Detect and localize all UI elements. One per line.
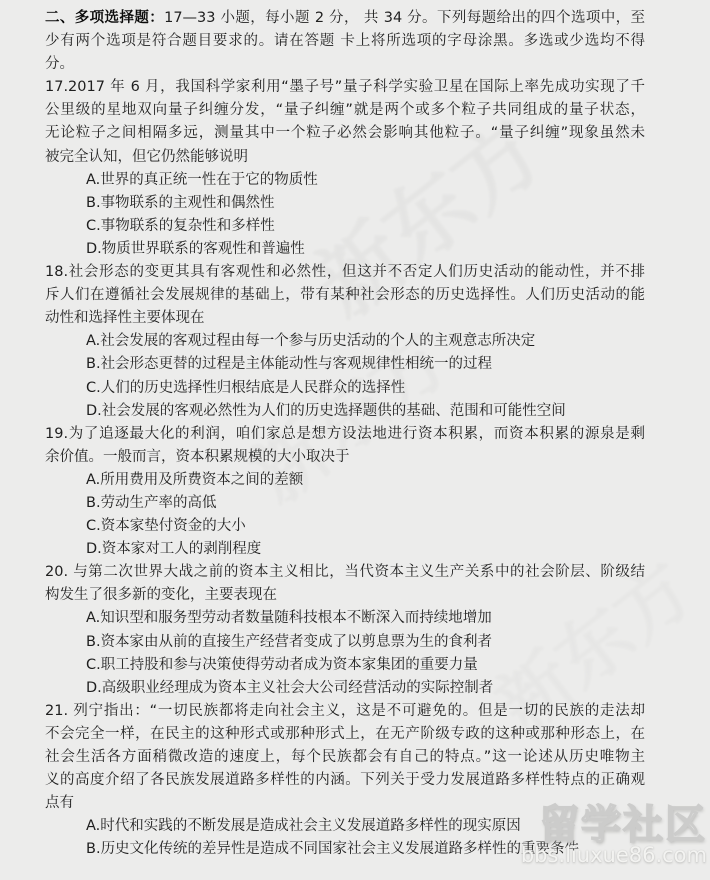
option-text: 事物联系的主观性和偶然性 — [101, 195, 275, 211]
option-text: 资本家对工人的剥削程度 — [102, 541, 262, 557]
question-20-option-A: A.知识型和服务型劳动者数量随科技根本不断深入而持续地增加 — [45, 607, 645, 630]
question-20-stem-line-2: 构发生了很多新的变化，主要表现在 — [45, 584, 645, 607]
option-letter: D. — [86, 241, 102, 257]
question-21-stem-line-2: 不会完全一样，在民主的这种形式或那种形式上，在无产阶级专政的这种或那种形态上，在 — [45, 723, 645, 746]
option-text: 历史文化传统的差异性是造成不同国家社会主义发展道路多样性的重要条件 — [101, 841, 580, 857]
question-20-option-B: B.资本家由从前的直接生产经营者变成了以剪息票为生的食利者 — [45, 631, 645, 654]
question-17-option-C: C.事物联系的复杂性和多样性 — [45, 215, 645, 238]
option-letter: B. — [86, 195, 101, 211]
option-letter: C. — [86, 380, 101, 396]
section-instructions-part: 17—33 小题，每小题 2 分， 共 34 分。下列每题给出的四个选项中，至 — [164, 10, 645, 26]
option-text: 物质世界联系的客观性和普遍性 — [102, 241, 305, 257]
option-letter: D. — [86, 403, 102, 419]
option-letter: B. — [86, 841, 101, 857]
section-title: 二、多项选择题： — [45, 10, 164, 26]
question-18-stem-line-2: 斥人们在遵循社会发展规律的基础上，带有某种社会形态的历史选择性。人们历史活动的能 — [45, 284, 645, 307]
question-20-stem-line-1: 20. 与第二次世界大战之前的资本主义相比，当代资本主义生产关系中的社会阶层、阶… — [45, 561, 645, 584]
section-header-line-2: 少有两个选项是符合题目要求的。请在答题 卡上将所选项的字母涂黑。多选或少选均不得 — [45, 30, 645, 53]
exam-text-column: 二、多项选择题：17—33 小题，每小题 2 分， 共 34 分。下列每题给出的… — [45, 7, 665, 861]
option-text: 人们的历史选择性归根结底是人民群众的选择性 — [101, 380, 406, 396]
question-19-option-C: C.资本家垫付资金的大小 — [45, 515, 645, 538]
question-18-option-D: D.社会发展的客观必然性为人们的历史选择题供的基础、范围和可能性空间 — [45, 400, 645, 423]
option-letter: C. — [86, 218, 101, 234]
question-19-option-B: B.劳动生产率的高低 — [45, 492, 645, 515]
option-text: 世界的真正统一性在于它的物质性 — [100, 172, 318, 188]
question-17-option-B: B.事物联系的主观性和偶然性 — [45, 192, 645, 215]
question-21-option-B: B.历史文化传统的差异性是造成不同国家社会主义发展道路多样性的重要条件 — [45, 838, 645, 861]
option-letter: B. — [86, 495, 101, 511]
question-19-option-A: A.所用费用及所费资本之间的差额 — [45, 469, 645, 492]
question-17-stem-line-2: 公里级的星地双向量子纠缠分发，“量子纠缠”就是两个或多个粒子共同组成的量子状态， — [45, 99, 645, 122]
exam-page: 新东方 新东方 新东方 二、多项选择题：17—33 小题，每小题 2 分， 共 … — [0, 0, 710, 880]
question-20-option-C: C.职工持股和参与决策使得劳动者成为资本家集团的重要力量 — [45, 654, 645, 677]
question-21-option-A: A.时代和实践的不断发展是造成社会主义发展道路多样性的现实原因 — [45, 815, 645, 838]
question-19-stem-line-2: 余价值。一般而言，资本积累规模的大小取决于 — [45, 446, 645, 469]
option-text: 资本家垫付资金的大小 — [101, 518, 246, 534]
option-text: 社会发展的客观过程由每一个参与历史活动的个人的主观意志所决定 — [100, 333, 535, 349]
question-17-option-D: D.物质世界联系的客观性和普遍性 — [45, 238, 645, 261]
option-letter: A. — [86, 610, 100, 626]
option-letter: D. — [86, 680, 102, 696]
question-17-stem-line-3: 无论粒子之间相隔多远，测量其中一个粒子必然会影响其他粒子。“量子纠缠”现象虽然未 — [45, 122, 645, 145]
option-letter: B. — [86, 634, 101, 650]
question-19-option-D: D.资本家对工人的剥削程度 — [45, 538, 645, 561]
option-text: 社会发展的客观必然性为人们的历史选择题供的基础、范围和可能性空间 — [102, 403, 566, 419]
option-letter: C. — [86, 657, 101, 673]
question-18-stem-line-3: 动性和选择性主要体现在 — [45, 307, 645, 330]
question-17-stem-line-4: 被完全认知，但它仍然能够说明 — [45, 146, 645, 169]
option-letter: C. — [86, 518, 101, 534]
option-text: 知识型和服务型劳动者数量随科技根本不断深入而持续地增加 — [100, 610, 492, 626]
section-header-line-3: 分。 — [45, 53, 645, 76]
question-19-stem-line-1: 19.为了追逐最大化的利润，咱们家总是想方设法地进行资本积累，而资本积累的源泉是… — [45, 423, 645, 446]
option-text: 社会形态更替的过程是主体能动性与客观规律性相统一的过程 — [101, 356, 493, 372]
question-20-option-D: D.高级职业经理成为资本主义社会大公司经营活动的实际控制者 — [45, 677, 645, 700]
question-21-stem-line-5: 点有 — [45, 792, 645, 815]
option-text: 事物联系的复杂性和多样性 — [101, 218, 275, 234]
question-18-option-C: C.人们的历史选择性归根结底是人民群众的选择性 — [45, 377, 645, 400]
option-letter: A. — [86, 333, 100, 349]
option-letter: D. — [86, 541, 102, 557]
option-letter: A. — [86, 472, 100, 488]
question-18-stem-line-1: 18.社会形态的变更其具有客观性和必然性，但这并不否定人们历史活动的能动性，并不… — [45, 261, 645, 284]
question-18-option-B: B.社会形态更替的过程是主体能动性与客观规律性相统一的过程 — [45, 353, 645, 376]
question-21-stem-line-1: 21. 列宁指出：“一切民族都将走向社会主义，这是不可避免的。但是一切的民族的走… — [45, 700, 645, 723]
option-text: 高级职业经理成为资本主义社会大公司经营活动的实际控制者 — [102, 680, 494, 696]
question-21-stem-line-3: 社会生活各方面稍微改造的速度上，每个民族都会有自己的特点。”这一论述从历史唯物主 — [45, 746, 645, 769]
questions-list: 17.2017 年 6 月，我国科学家利用“墨子号”量子科学实验卫星在国际上率先… — [45, 76, 665, 861]
option-letter: A. — [86, 818, 100, 834]
option-letter: B. — [86, 356, 101, 372]
question-21-stem-line-4: 义的高度介绍了各民族发展道路多样性的内涵。下列关于受力发展道路多样性特点的正确观 — [45, 769, 645, 792]
question-17-stem-line-1: 17.2017 年 6 月，我国科学家利用“墨子号”量子科学实验卫星在国际上率先… — [45, 76, 645, 99]
option-text: 职工持股和参与决策使得劳动者成为资本家集团的重要力量 — [101, 657, 478, 673]
section-header-line-1: 二、多项选择题：17—33 小题，每小题 2 分， 共 34 分。下列每题给出的… — [45, 7, 645, 30]
option-text: 时代和实践的不断发展是造成社会主义发展道路多样性的现实原因 — [100, 818, 521, 834]
question-18-option-A: A.社会发展的客观过程由每一个参与历史活动的个人的主观意志所决定 — [45, 330, 645, 353]
question-17-option-A: A.世界的真正统一性在于它的物质性 — [45, 169, 645, 192]
option-text: 资本家由从前的直接生产经营者变成了以剪息票为生的食利者 — [101, 634, 493, 650]
option-text: 劳动生产率的高低 — [101, 495, 217, 511]
option-letter: A. — [86, 172, 100, 188]
option-text: 所用费用及所费资本之间的差额 — [100, 472, 303, 488]
